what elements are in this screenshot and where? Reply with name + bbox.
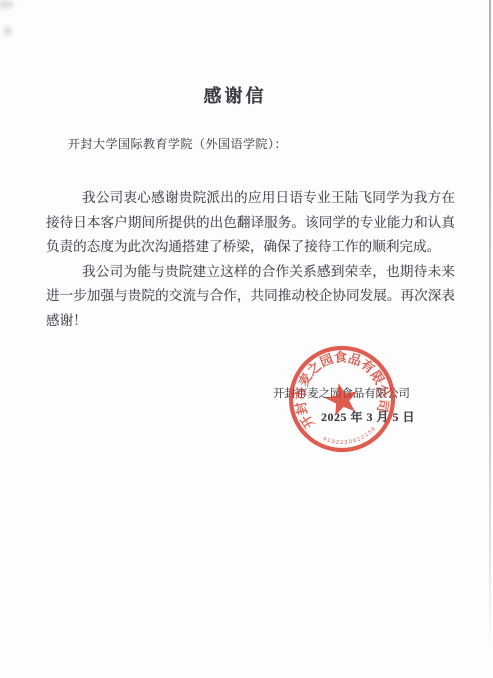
letter-body: 我公司衷心感谢贵院派出的应用日语专业王陆飞同学为我方在接待日本客户期间所提供的出… [46, 186, 455, 334]
paragraph-2: 我公司为能与贵院建立这样的合作关系感到荣幸，也期待未来进一步加强与贵院的交流与合… [46, 260, 455, 334]
scan-edge-line [489, 0, 491, 648]
signature-date: 2025 年 3 月 5 日 [321, 408, 415, 425]
letter-title: 感谢信 [0, 82, 470, 108]
recipient-line: 开封大学国际教育学院（外国语学院）： [68, 135, 287, 152]
scan-smudge [3, 26, 12, 36]
scanned-letter-page: 感谢信 开封大学国际教育学院（外国语学院）： 我公司衷心感谢贵院派出的应用日语专… [0, 0, 493, 678]
seal-code-holder: 4102220022158 [321, 425, 380, 451]
signature-company: 开封市麦之园食品有限公司 [273, 385, 410, 401]
paragraph-1: 我公司衷心感谢贵院派出的应用日语专业王陆飞同学为我方在接待日本客户期间所提供的出… [46, 186, 455, 260]
scan-smudge [0, 0, 14, 9]
seal-code-text: 4102220022158 [321, 425, 380, 451]
